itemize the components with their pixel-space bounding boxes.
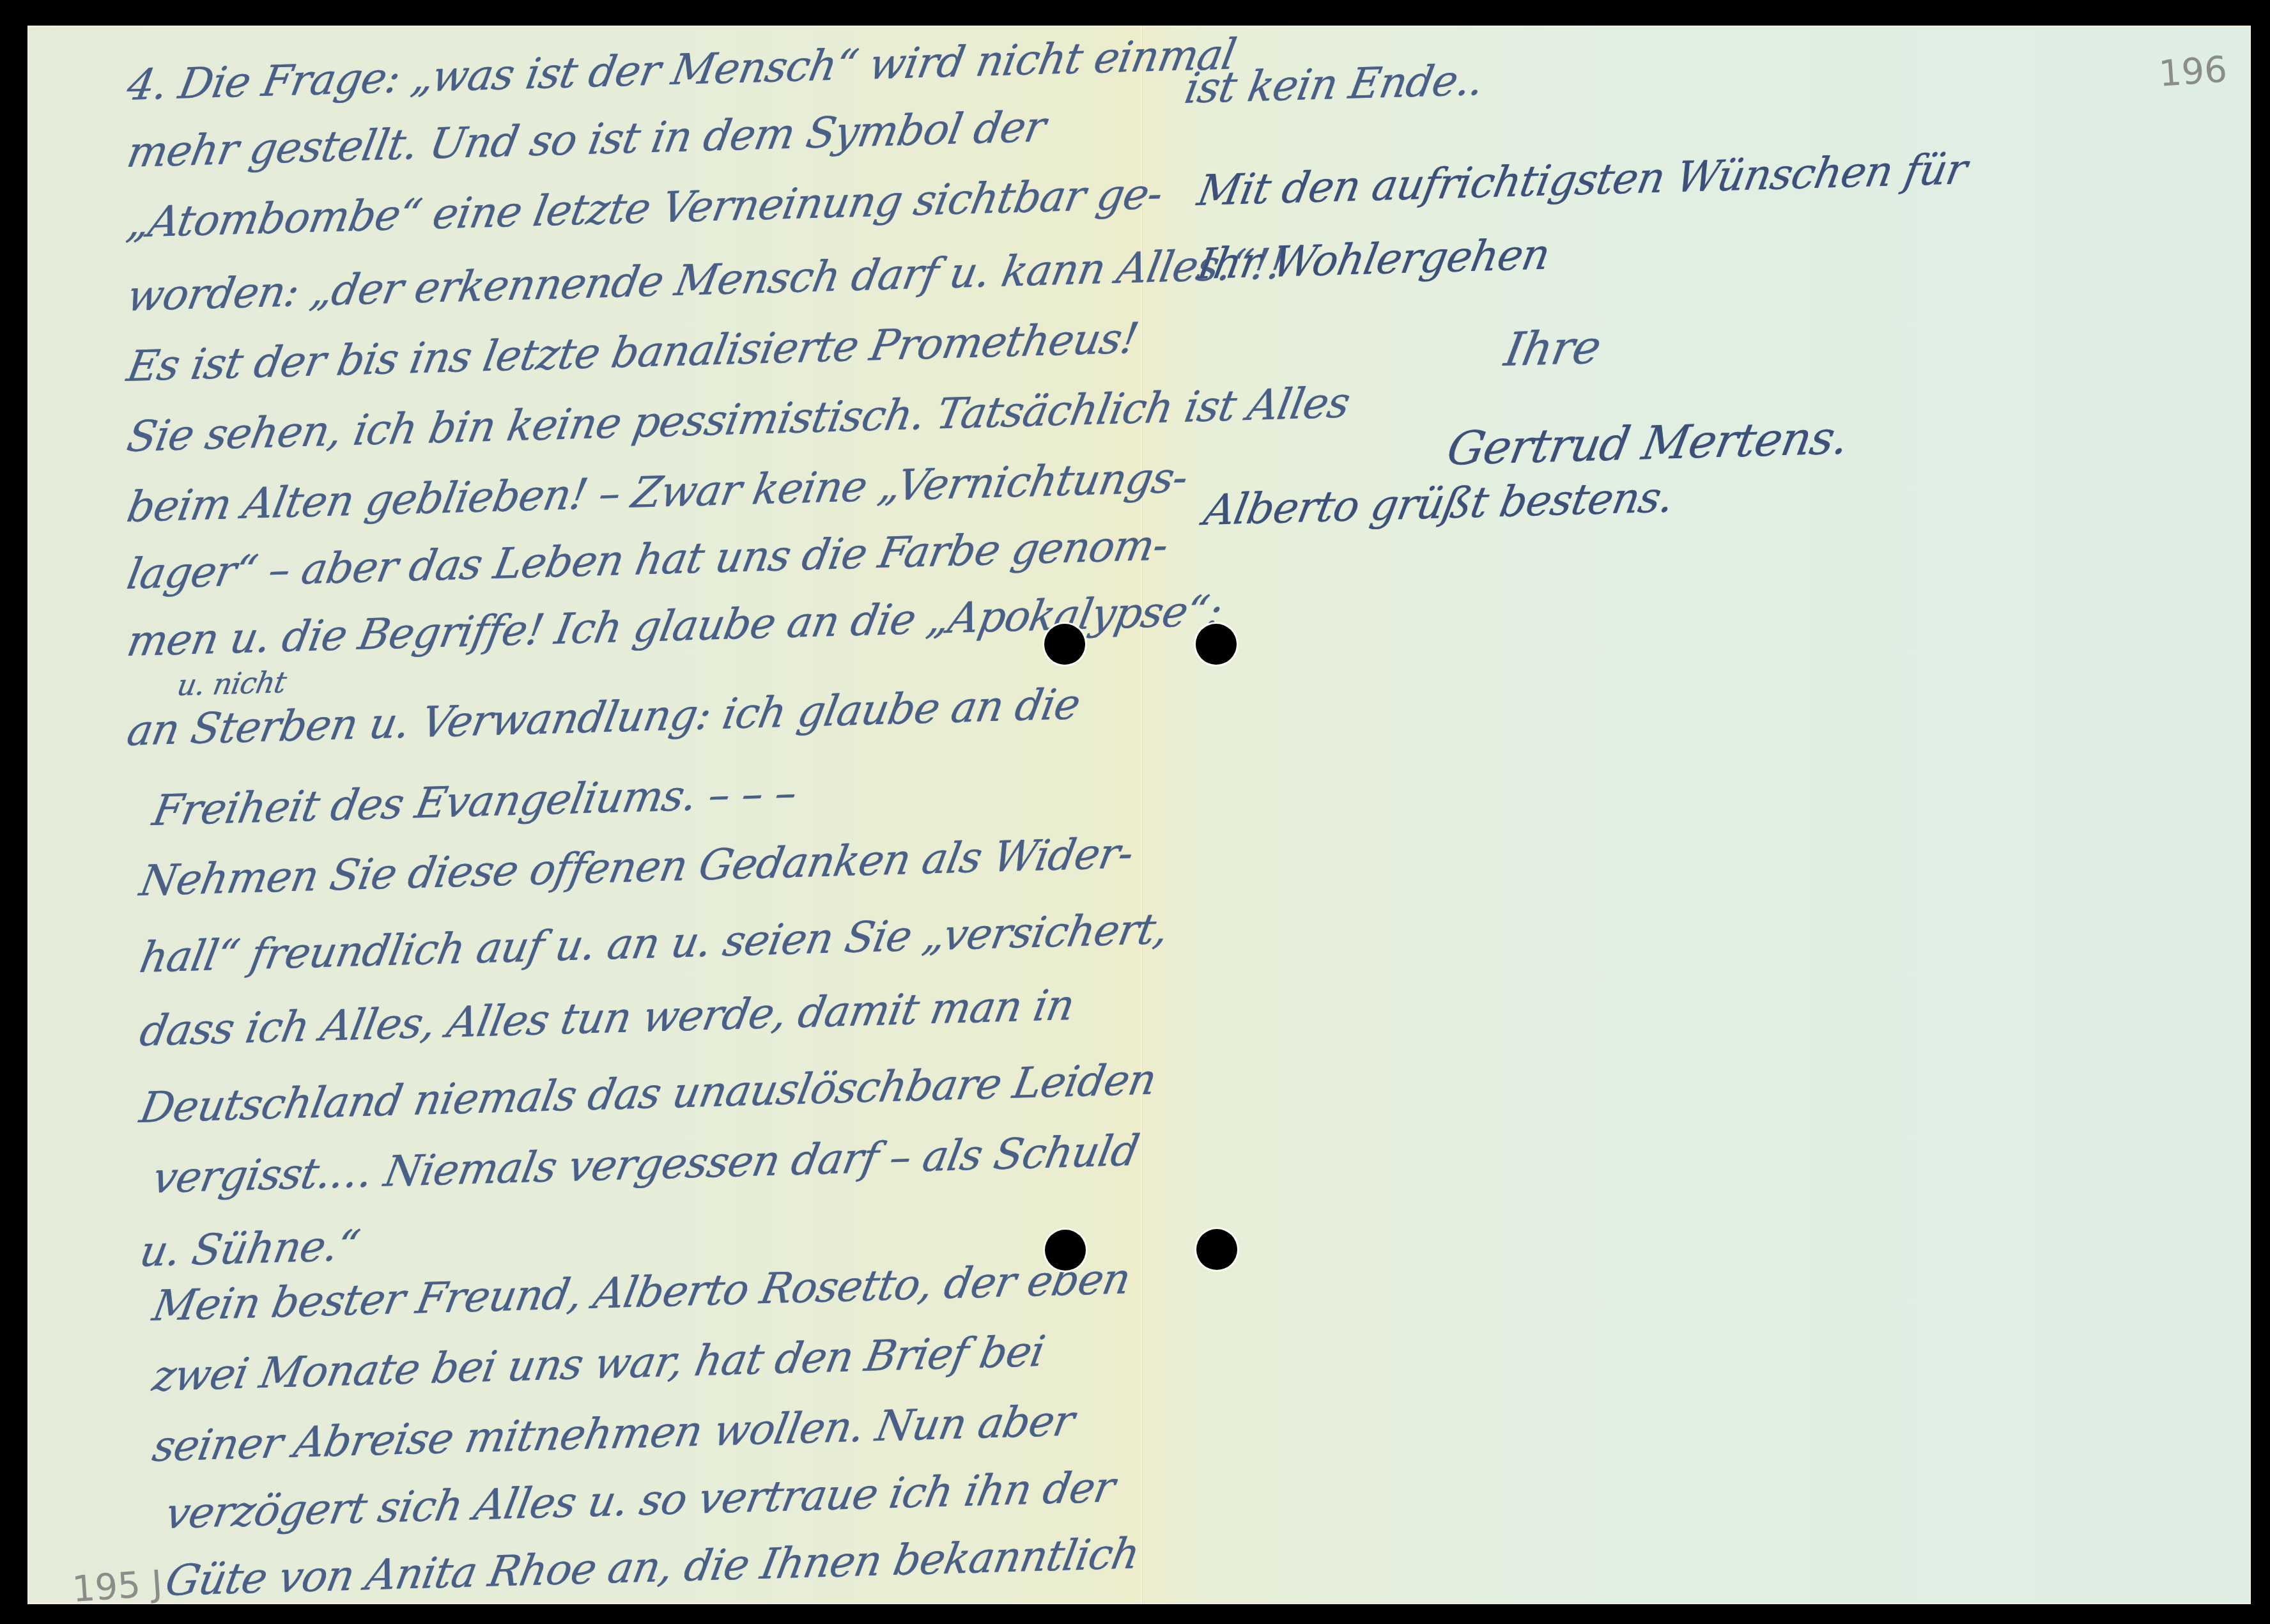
- letter-line: Mit den aufrichtigsten Wünschen für: [1194, 144, 1971, 215]
- archive-page-number-right: 196: [2158, 49, 2228, 95]
- letter-line-underlined: vergisst.… Niemals vergessen darf – als …: [149, 1126, 1143, 1203]
- letter-line: dass ich Alles, Alles tun werde, damit m…: [136, 980, 1078, 1056]
- punch-hole: [1196, 624, 1237, 665]
- letter-line: Nehmen Sie diese offenen Gedanken als Wi…: [136, 828, 1137, 906]
- letter-line: Freiheit des Evangeliums. – – –: [149, 768, 800, 835]
- signature: Gertrud Mertens.: [1443, 410, 1853, 476]
- letter-insertion: u. nicht: [174, 665, 289, 702]
- letter-line: worden: „der erkennende Mensch darf u. k…: [123, 239, 1289, 321]
- letter-line: beim Alten geblieben! – Zwar keine „Vern…: [123, 452, 1191, 532]
- letter-line: Deutschland niemals das unauslöschbare L…: [136, 1055, 1160, 1133]
- punch-hole: [1044, 624, 1085, 665]
- letter-line: 4. Die Frage: „was ist der Mensch“ wird …: [123, 29, 1240, 110]
- letter-line: Güte von Anita Rhoe an, die Ihnen bekann…: [162, 1529, 1143, 1605]
- left-page: 4. Die Frage: „was ist der Mensch“ wird …: [27, 26, 1141, 1604]
- archive-number: 195: [71, 1565, 142, 1611]
- letter-line: zwei Monate bei uns war, hat den Brief b…: [149, 1327, 1048, 1401]
- punch-hole: [1045, 1230, 1086, 1271]
- letter-line: „Atombombe“ eine letzte Verneinung sicht…: [123, 169, 1166, 247]
- letter-line: Ihr Wohlergehen: [1194, 229, 1554, 289]
- letter-line: hall“ freundlich auf u. an u. seien Sie …: [136, 904, 1172, 982]
- right-page: ist kein Ende.. Mit den aufrichtigsten W…: [1143, 26, 2251, 1604]
- letter-line: verzögert sich Alles u. so vertraue ich …: [162, 1462, 1118, 1538]
- letter-paper: 4. Die Frage: „was ist der Mensch“ wird …: [27, 26, 2251, 1604]
- archive-page-number-left: 195 J: [71, 1563, 164, 1611]
- closing-salutation: Ihre: [1501, 320, 1605, 376]
- letter-line: Es ist der bis ins letzte banalisierte P…: [123, 313, 1142, 391]
- postscript: Alberto grüßt bestens.: [1200, 472, 1678, 535]
- letter-line: seiner Abreise mitnehmen wollen. Nun abe…: [149, 1396, 1078, 1471]
- letter-line: u. Sühne.“: [136, 1221, 363, 1276]
- letter-line: lager“ – aber das Leben hat uns die Farb…: [123, 520, 1171, 599]
- letter-line: ist kein Ende..: [1181, 56, 1487, 113]
- archive-mark: J: [150, 1563, 164, 1605]
- letter-line: mehr gestellt. Und so ist in dem Symbol …: [123, 102, 1049, 177]
- punch-hole: [1196, 1229, 1237, 1270]
